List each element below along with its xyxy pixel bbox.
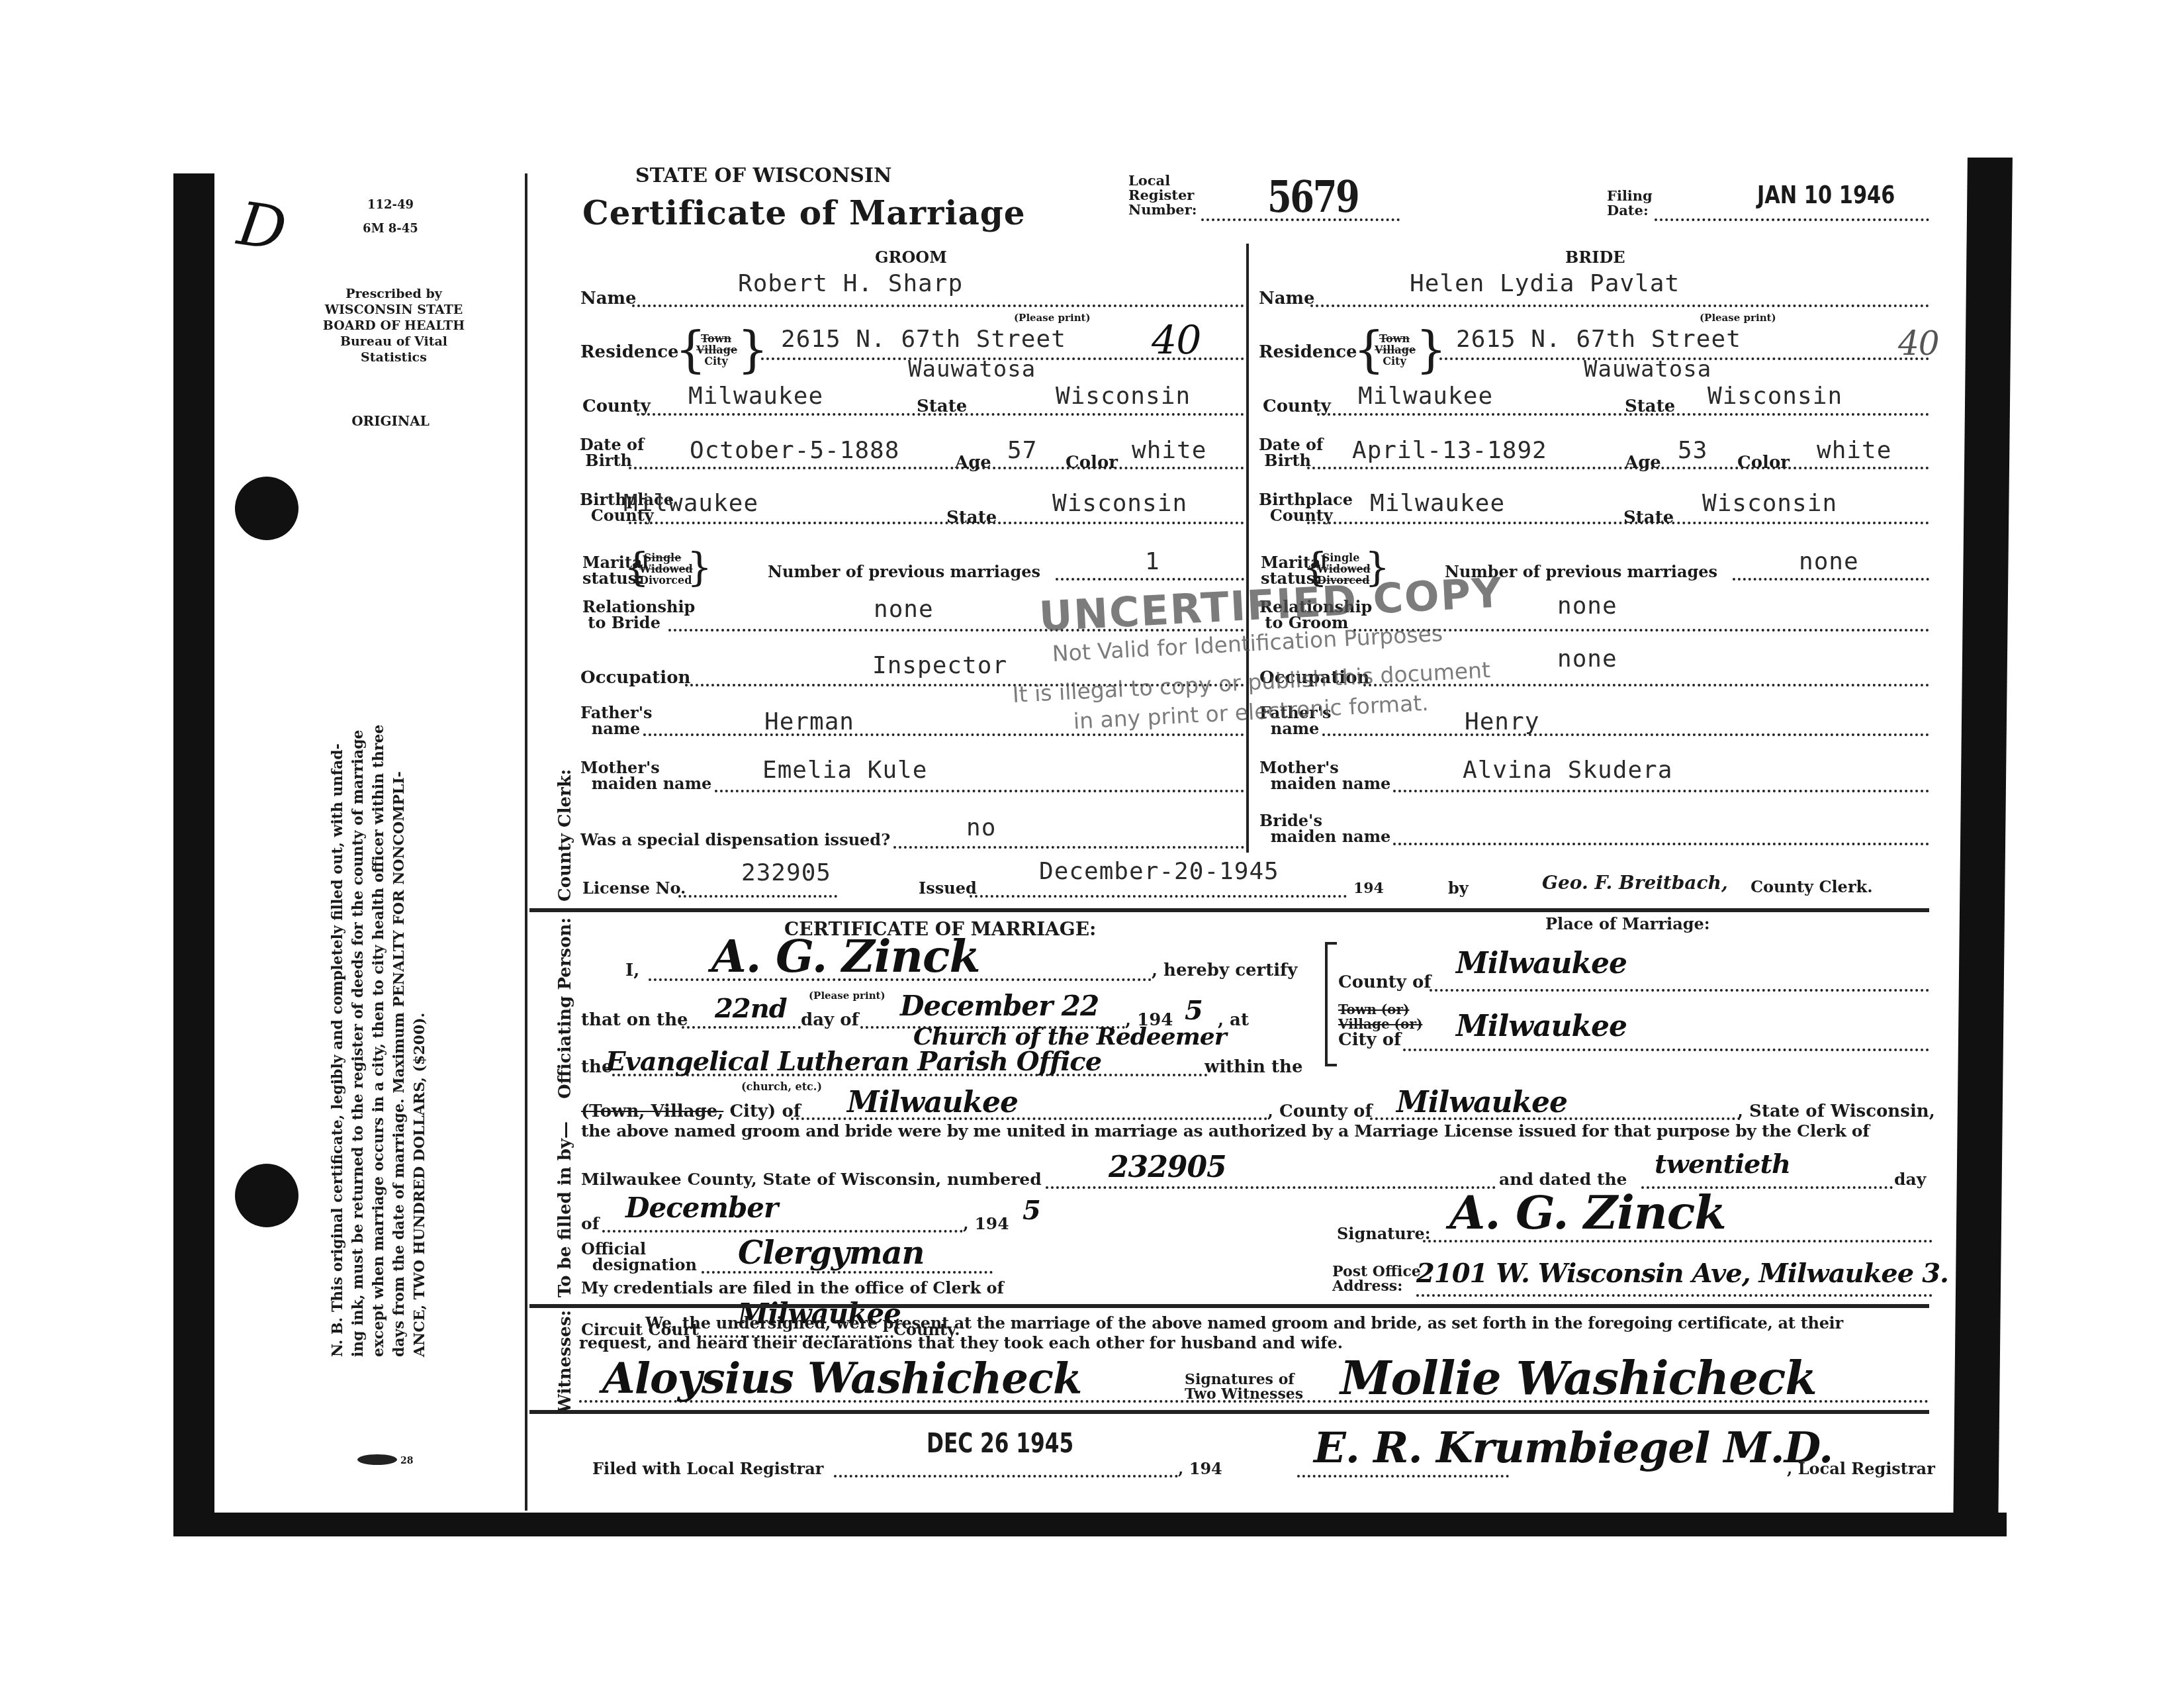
- bride-name-line: [1310, 305, 1929, 307]
- groom-state: Wisconsin: [1056, 383, 1191, 410]
- place-town-or-label: Town (or): [1338, 1003, 1409, 1016]
- bride-state-label: State: [1625, 397, 1675, 416]
- groom-father-line: [643, 733, 1244, 736]
- county-clerk-title: County Clerk.: [1751, 878, 1873, 896]
- document-title: Certificate of Marriage: [582, 193, 1026, 232]
- groom-marital-options: Single Widowed Divorced: [639, 552, 686, 586]
- please-print-label: (Please print): [809, 986, 886, 1005]
- bride-state: Wisconsin: [1707, 383, 1843, 410]
- filed-date-stamp: DEC 26 1945: [927, 1429, 1073, 1459]
- filing-label: Filing Date:: [1607, 189, 1653, 218]
- groom-color: white: [1132, 437, 1206, 464]
- witness-2-signature: Mollie Washicheck: [1340, 1350, 1817, 1405]
- groom-residence-city: Wauwatosa: [908, 356, 1036, 383]
- groom-mother-label: Mother's maiden name: [580, 760, 711, 792]
- filled-in-by-side-label: To be filled in by—: [556, 1121, 574, 1297]
- bride-birthplace-line: [1307, 522, 1929, 524]
- bride-father-line: [1322, 733, 1929, 736]
- bride-color: white: [1817, 437, 1891, 464]
- day-line: [682, 1026, 801, 1029]
- local-registrar-signature: E. R. Krumbiegel M.D.: [1314, 1423, 1833, 1473]
- marriage-day: 22nd: [715, 993, 787, 1024]
- section-divider-license: [529, 908, 1929, 912]
- prescribed-by-block: Prescribed by WISCONSIN STATE BOARD OF H…: [291, 286, 496, 365]
- groom-state-label: State: [917, 397, 967, 416]
- bride-name: Helen Lydia Pavlat: [1410, 270, 1680, 297]
- place-county-of-label: County of: [1338, 973, 1432, 992]
- witnesses-side-label: Witnesses:: [556, 1310, 574, 1413]
- dated-month: December: [625, 1192, 778, 1224]
- bride-color-label: Color: [1737, 453, 1790, 472]
- groom-date-of-birth: October-5-1888: [690, 437, 899, 464]
- within-the-label: within the: [1205, 1058, 1302, 1076]
- brace-close-icon: }: [687, 543, 712, 592]
- marriage-year-digit: 5: [1185, 995, 1203, 1026]
- print-run: 6M 8-45: [324, 220, 457, 238]
- dated-day: twentieth: [1655, 1149, 1790, 1180]
- bride-previous-marriages-line: [1733, 578, 1929, 581]
- bride-maiden-label: Bride's maiden name: [1259, 813, 1390, 845]
- bride-mother-maiden-name: Alvina Skudera: [1463, 757, 1672, 784]
- bride-birthplace-state-label: State: [1623, 508, 1674, 527]
- officiating-person-side-label: Officiating Person:: [556, 917, 574, 1099]
- state-heading: STATE OF WISCONSIN: [635, 167, 891, 185]
- bride-dob-line: [1307, 467, 1929, 469]
- brace-close-icon: }: [737, 326, 768, 375]
- groom-mother-maiden-name: Emelia Kule: [762, 757, 927, 784]
- form-number: 112-49: [324, 196, 457, 214]
- license-number: 232905: [741, 859, 831, 886]
- county-clerk-side-label: County Clerk:: [556, 769, 574, 902]
- official-designation: Clergyman: [738, 1235, 925, 1272]
- filing-line: [1655, 218, 1929, 221]
- county-of-label: , County of: [1267, 1102, 1373, 1121]
- groom-dob-line: [629, 467, 1244, 469]
- groom-name: Robert H. Sharp: [738, 270, 963, 297]
- groom-previous-marriages: 1: [1145, 548, 1160, 575]
- filed-with-registrar-label: Filed with Local Registrar: [592, 1460, 823, 1478]
- marriage-month: December 22: [900, 990, 1099, 1022]
- brace-close-icon: }: [1416, 326, 1447, 375]
- punch-hole-top: [235, 477, 298, 540]
- church-name-line-2: Evangelical Lutheran Parish Office: [606, 1046, 1101, 1077]
- bride-residence-street: 2615 N. 67th Street: [1456, 326, 1741, 353]
- officiant-i-label: I,: [625, 961, 639, 980]
- place-city-line: [1403, 1049, 1929, 1051]
- post-office-address-label: Post OfficeAddress:: [1332, 1264, 1421, 1293]
- groom-previous-marriages-label: Number of previous marriages: [768, 563, 1040, 581]
- bride-heading: BRIDE: [1565, 248, 1625, 267]
- please-print-label: (Please print): [1700, 308, 1776, 327]
- groom-occupation: Inspector: [872, 652, 1007, 679]
- hereby-certify-label: , hereby certify: [1152, 961, 1297, 980]
- license-year-prefix: 194: [1353, 879, 1384, 898]
- numbered-line: [1046, 1186, 1496, 1189]
- union-label-icon: [357, 1454, 397, 1465]
- groom-birthplace-state-label: State: [946, 508, 997, 527]
- bride-residence-label: Residence: [1259, 343, 1357, 361]
- bride-age: 53: [1678, 437, 1707, 464]
- filed-year-prefix: , 194: [1178, 1460, 1222, 1478]
- united-statement: the above named groom and bride were by …: [581, 1122, 1870, 1141]
- that-on-the-label: that on the: [581, 1011, 688, 1029]
- bride-dob-label: Date of Birth: [1259, 437, 1323, 469]
- bride-birthplace-county: Milwaukee: [1370, 490, 1505, 517]
- groom-age-label: Age: [955, 453, 991, 472]
- scan-border-bottom: [173, 1513, 2007, 1536]
- bride-previous-marriages: none: [1799, 548, 1859, 575]
- dispensation-line: [893, 846, 1244, 849]
- register-number: 5679: [1267, 171, 1358, 222]
- groom-father-name: Herman: [764, 708, 854, 735]
- license-issued-date: December-20-1945: [1039, 858, 1279, 885]
- groom-name-line: [632, 305, 1244, 307]
- groom-county: Milwaukee: [688, 383, 823, 410]
- punch-hole-bottom: [235, 1164, 298, 1227]
- officiant-name: A. G. Zinck: [711, 930, 980, 983]
- groom-residence-note: 40: [1152, 318, 1201, 364]
- margin-divider: [525, 173, 527, 1511]
- bride-birthplace-label: Birthplace County: [1259, 492, 1353, 524]
- registrar-line: [1297, 1475, 1509, 1477]
- bride-date-of-birth: April-13-1892: [1352, 437, 1547, 464]
- groom-age: 57: [1007, 437, 1037, 464]
- groom-residence-label: Residence: [580, 343, 679, 361]
- official-designation-label: Official designation: [581, 1241, 697, 1273]
- county-clerk-name: Geo. F. Breitbach,: [1542, 874, 1728, 892]
- groom-occupation-label: Occupation: [580, 669, 690, 687]
- place-city: Milwaukee: [1456, 1009, 1627, 1043]
- scan-border-left: [173, 173, 214, 1536]
- place-bracket: [1325, 942, 1337, 1066]
- section-divider-filing: [529, 1410, 1929, 1414]
- filing-date: JAN 10 1946: [1757, 180, 1895, 209]
- marriage-city: Milwaukee: [847, 1086, 1018, 1119]
- groom-previous-marriages-line: [1056, 578, 1244, 581]
- of-label: of: [581, 1215, 599, 1233]
- bride-mother-line: [1393, 790, 1929, 792]
- dated-year-prefix: , 194: [963, 1215, 1009, 1233]
- filed-date-line: [834, 1475, 1178, 1477]
- marriage-county: Milwaukee: [1396, 1086, 1567, 1119]
- bride-father-name: Henry: [1465, 708, 1539, 735]
- bride-birthplace-state: Wisconsin: [1702, 490, 1837, 517]
- place-village-or-label: Village (or): [1338, 1017, 1422, 1031]
- groom-name-label: Name: [580, 289, 637, 308]
- groom-mother-line: [715, 790, 1244, 792]
- groom-birthplace-county: Milwaukee: [623, 490, 758, 517]
- dated-month-line: [602, 1230, 963, 1233]
- numbered-label: Milwaukee County, State of Wisconsin, nu…: [581, 1170, 1042, 1189]
- bride-mother-label: Mother's maiden name: [1259, 760, 1390, 792]
- register-label: Local Register Number:: [1128, 173, 1197, 217]
- groom-heading: GROOM: [875, 248, 947, 267]
- groom-relationship-label: Relationship to Bride: [582, 599, 695, 631]
- dispensation-label: Was a special dispensation issued?: [580, 831, 890, 849]
- witness-statement-2: request, and heard their declarations th…: [579, 1334, 1343, 1352]
- noncompliance-notice: N. B. This original certificate, legibly…: [328, 724, 430, 1357]
- officiant-signature: A. G. Zinck: [1449, 1185, 1726, 1240]
- groom-father-label: Father's name: [580, 705, 653, 737]
- dated-year-digit: 5: [1023, 1195, 1040, 1226]
- credentials-label: My credentials are filed in the office o…: [581, 1279, 1004, 1297]
- day-label: day: [1894, 1170, 1926, 1189]
- groom-birthplace-line: [629, 522, 1244, 524]
- signature-line: [1423, 1240, 1933, 1243]
- groom-bride-divider: [1246, 244, 1249, 853]
- license-issued-label: Issued: [919, 879, 977, 898]
- bride-maiden-line: [1393, 843, 1929, 845]
- groom-birthplace-state: Wisconsin: [1052, 490, 1187, 517]
- witness-1-signature: Aloysius Washicheck: [602, 1354, 1081, 1403]
- bride-residence-note: 40: [1898, 324, 1939, 363]
- place-of-marriage-heading: Place of Marriage:: [1545, 915, 1710, 933]
- bride-age-label: Age: [1625, 453, 1661, 472]
- town-village-city-label: (Town, Village, City) of: [581, 1102, 801, 1121]
- signature-label: Signature:: [1337, 1225, 1431, 1243]
- address-line: [1416, 1294, 1933, 1297]
- license-number-label: License No.: [582, 879, 686, 898]
- union-mark: 28: [400, 1452, 413, 1470]
- officiant-address: 2101 W. Wisconsin Ave, Milwaukee 3.: [1416, 1258, 1948, 1289]
- certificate-license-number: 232905: [1109, 1150, 1226, 1184]
- license-number-line: [678, 895, 837, 898]
- section-divider-witnesses: [529, 1304, 1929, 1308]
- groom-dob-label: Date of Birth: [580, 437, 644, 469]
- groom-residence-type: Town Village City: [696, 333, 736, 367]
- place-county: Milwaukee: [1456, 947, 1627, 980]
- license-by-label: by: [1448, 879, 1469, 898]
- local-registrar-label: , Local Registrar: [1787, 1460, 1935, 1478]
- scan-border-right: [1953, 158, 2013, 1536]
- signatures-of-witnesses-label: Signatures ofTwo Witnesses: [1185, 1372, 1303, 1401]
- bride-county-line: [1317, 413, 1929, 416]
- bride-name-label: Name: [1259, 289, 1315, 308]
- please-print-label: (Please print): [1014, 308, 1091, 327]
- church-etc-label: (church, etc.): [741, 1078, 822, 1096]
- state-of-wisconsin-label: , State of Wisconsin,: [1737, 1102, 1935, 1121]
- copy-label: ORIGINAL: [324, 412, 457, 430]
- bride-residence-type: Town Village City: [1375, 333, 1414, 367]
- bride-county: Milwaukee: [1358, 383, 1493, 410]
- bride-residence-city: Wauwatosa: [1584, 356, 1711, 383]
- witness-statement-1: We, the undersigned, were present at the…: [645, 1314, 1843, 1333]
- bride-occupation: none: [1557, 645, 1617, 673]
- groom-color-label: Color: [1066, 453, 1118, 472]
- groom-relationship: none: [874, 596, 934, 623]
- place-county-line: [1430, 989, 1929, 992]
- day-of-label: day of: [801, 1011, 859, 1029]
- place-city-of-label: City of: [1338, 1031, 1401, 1049]
- bride-relationship: none: [1557, 592, 1617, 620]
- groom-residence-street: 2615 N. 67th Street: [781, 326, 1066, 353]
- handwritten-mark: D: [234, 189, 290, 265]
- special-dispensation: no: [966, 814, 996, 841]
- license-issued-line: [970, 895, 1347, 898]
